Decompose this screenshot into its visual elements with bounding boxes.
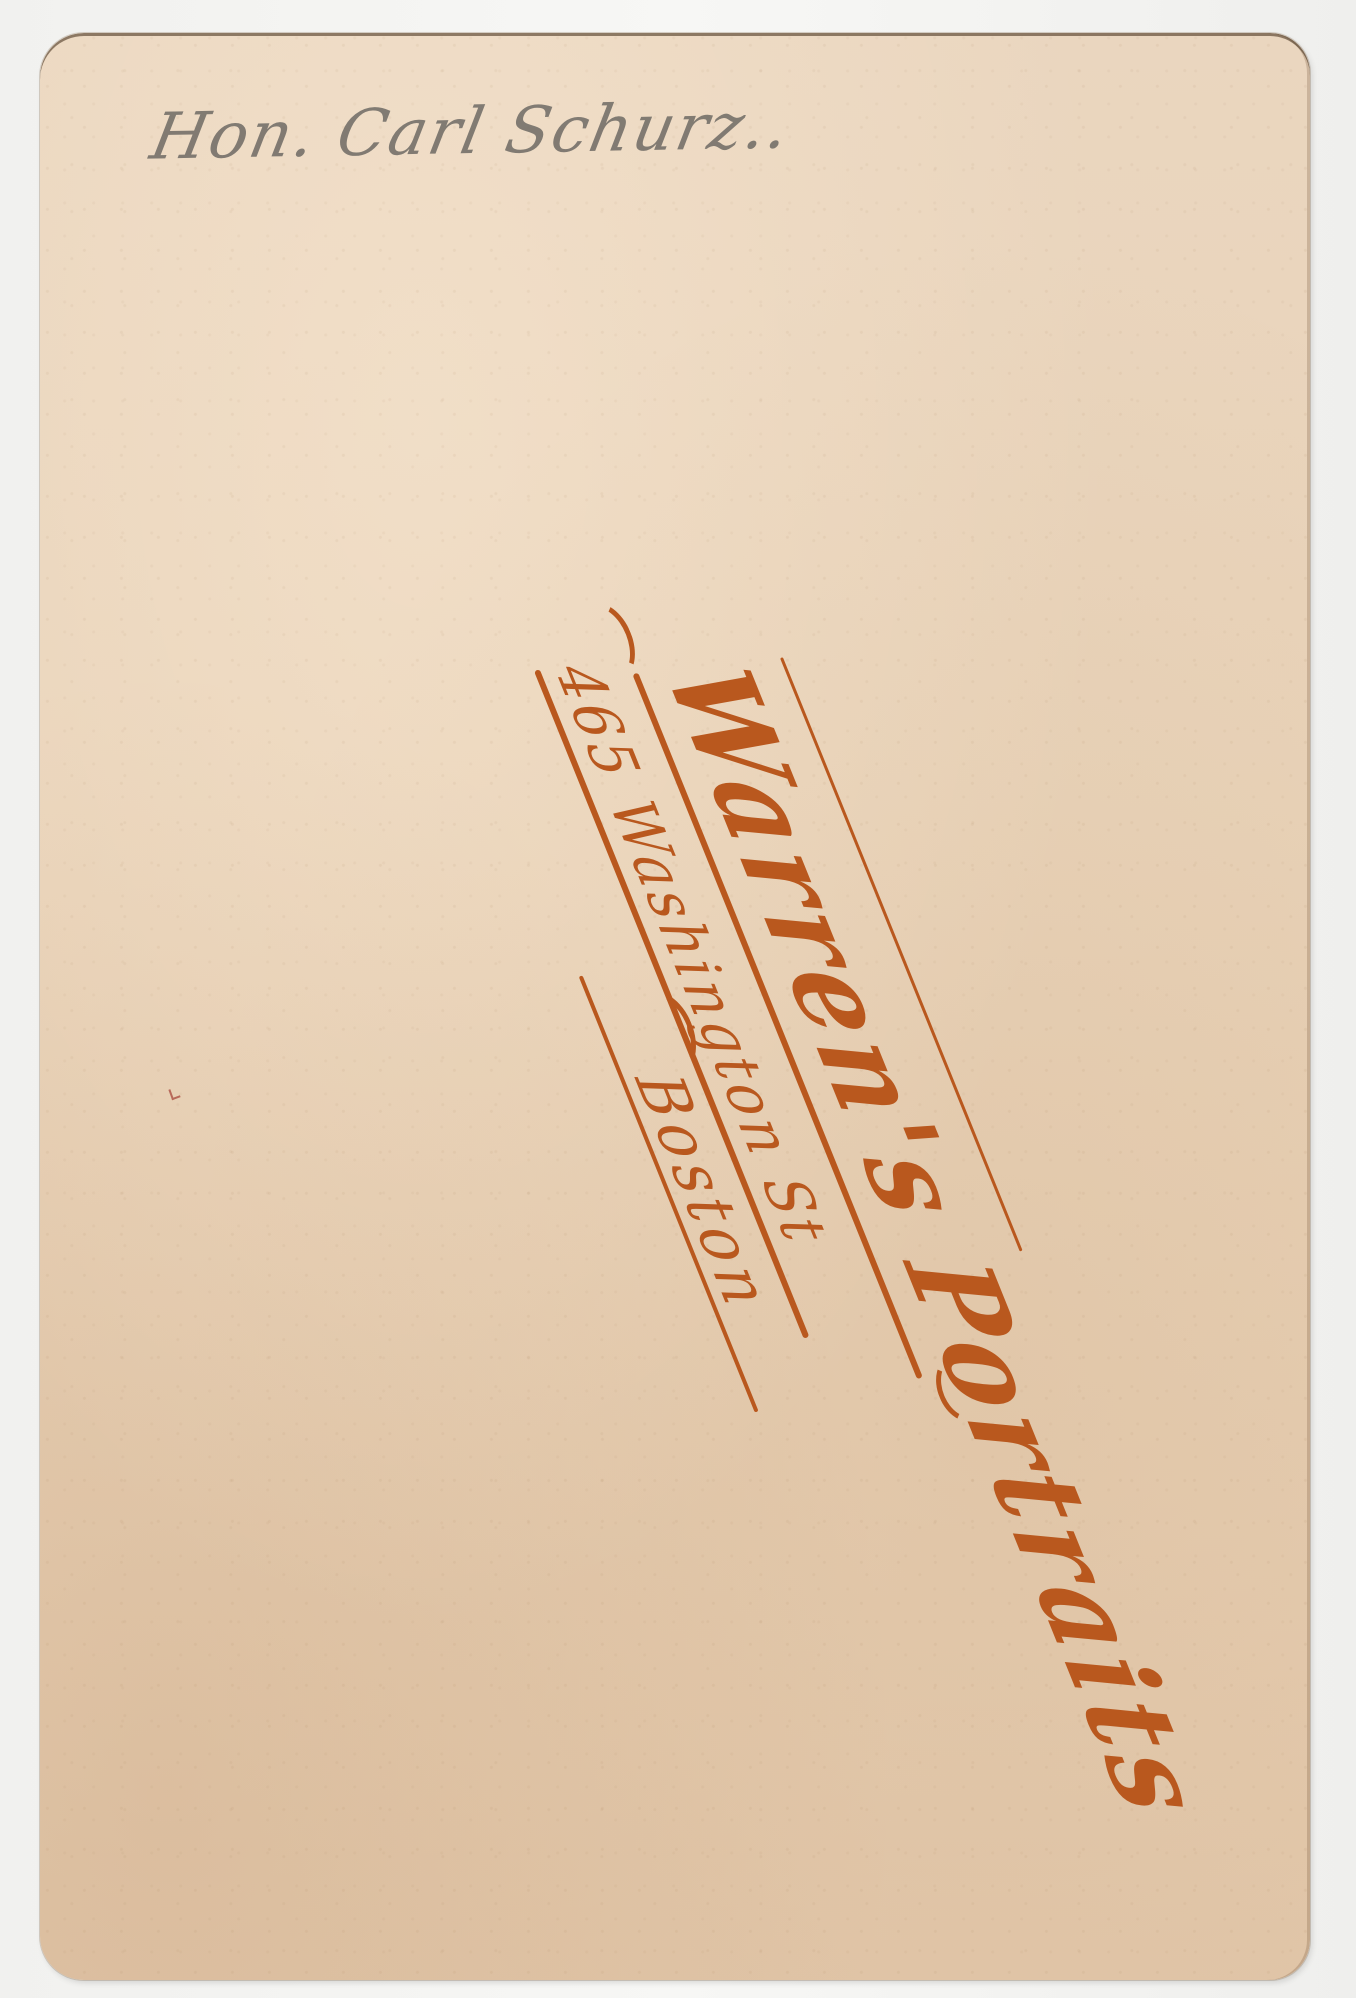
ink-speck: [168, 1087, 180, 1100]
studio-stamp-rotated: Warren's Portraits 465 Washington St Bos…: [464, 587, 1057, 1478]
cabinet-card-back: Hon. Carl Schurz.. Warren's Portraits 46…: [40, 33, 1310, 1980]
handwritten-inscription: Hon. Carl Schurz..: [145, 89, 797, 174]
scan-background: Hon. Carl Schurz.. Warren's Portraits 46…: [0, 0, 1356, 1998]
